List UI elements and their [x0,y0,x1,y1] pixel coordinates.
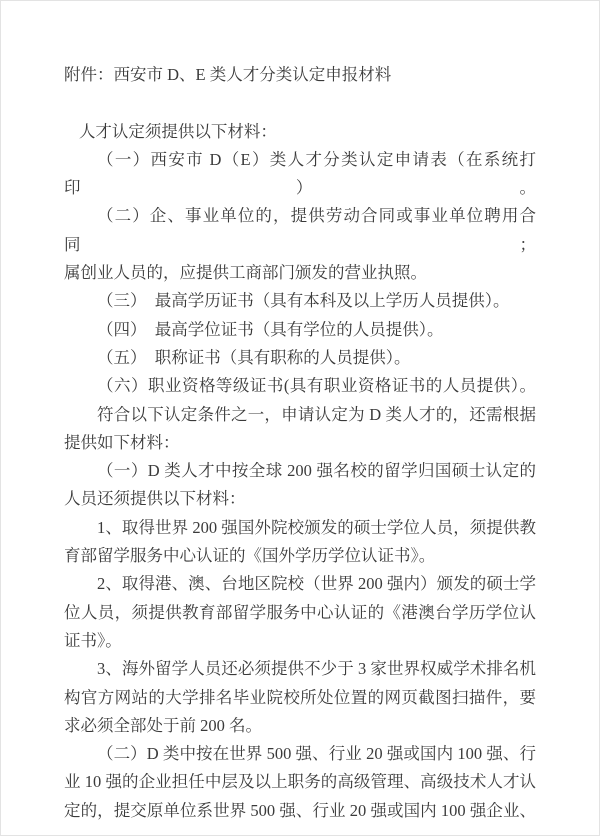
text-line: （六）职业资格等级证书(具有职业资格证书的人员提供）。 [64,372,536,400]
text-line: 属创业人员的，应提供工商部门颁发的营业执照。 [64,259,536,287]
text-line: 求必须全部处于前 200 名。 [64,712,536,740]
text-line: 2、取得港、澳、台地区院校（世界 200 强内）颁发的硕士学 [64,570,536,598]
text-line: （五） 职称证书（具有职称的人员提供）。 [64,344,536,372]
text-line: 构官方网站的大学排名毕业院校所处位置的网页截图扫描件，要 [64,684,536,712]
document-content: 附件：西安市 D、E 类人才分类认定申报材料 人才认定须提供以下材料： （一）西… [1,1,599,825]
text-line: 证书》。 [64,627,536,655]
text-line: 位人员，须提供教育部留学服务中心认证的《港澳台学历学位认 [64,599,536,627]
text-line: 人员还须提供以下材料： [64,485,536,513]
text-line: 定的，提交原单位系世界 500 强、行业 20 强或国内 100 强企业、 [64,797,536,825]
text-line: 人才认定须提供以下材料： [64,118,536,146]
document-page: 附件：西安市 D、E 类人才分类认定申报材料 人才认定须提供以下材料： （一）西… [0,0,600,836]
text-line: 提供如下材料： [64,429,536,457]
text-line: （一）D 类人才中按全球 200 强名校的留学归国硕士认定的 [64,457,536,485]
text-line: 业 10 强的企业担任中层及以上职务的高级管理、高级技术人才认 [64,768,536,796]
attachment-title: 附件：西安市 D、E 类人才分类认定申报材料 [64,61,536,89]
text-line: （二）企、事业单位的，提供劳动合同或事业单位聘用合同； [64,202,536,259]
text-line: 育部留学服务中心认证的《国外学历学位认证书》。 [64,542,536,570]
text-line: （四） 最高学位证书（具有学位的人员提供）。 [64,316,536,344]
text-line: 3、海外留学人员还必须提供不少于 3 家世界权威学术排名机 [64,655,536,683]
text-line: 1、取得世界 200 强国外院校颁发的硕士学位人员，须提供教 [64,514,536,542]
text-line: （一）西安市 D（E）类人才分类认定申请表（在系统打印）。 [64,146,536,203]
text-line: （三） 最高学历证书（具有本科及以上学历人员提供）。 [64,287,536,315]
text-line: （二）D 类中按在世界 500 强、行业 20 强或国内 100 强、行 [64,740,536,768]
text-line: 符合以下认定条件之一，申请认定为 D 类人才的，还需根据 [64,401,536,429]
